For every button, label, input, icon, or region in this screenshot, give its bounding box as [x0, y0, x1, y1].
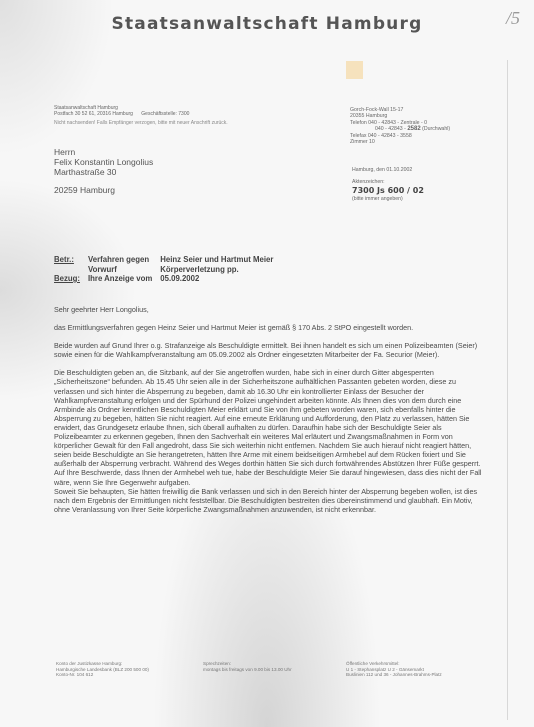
subject-key: Verfahren gegen: [88, 255, 160, 265]
body-paragraph: das Ermittlungsverfahren gegen Heinz Sei…: [54, 323, 486, 332]
phone-direct-ext: 2582: [407, 126, 420, 132]
recipient-salutation: Herrn: [54, 147, 153, 157]
subject-value: Heinz Seier und Hartmut Meier: [160, 255, 281, 265]
greeting: Sehr geehrter Herr Longolius,: [54, 305, 486, 314]
sender-office: Geschäftsstelle: 7300: [141, 111, 189, 117]
subject-key: Vorwurf: [88, 265, 160, 275]
betr-label: Betr.:: [54, 255, 88, 265]
footer-hours: Sprechzeiten: montags bis freitags von 9…: [203, 661, 292, 672]
footer-transport-bus: Buslinien 112 und 36 - Johannes-Brahms-P…: [346, 672, 442, 678]
recipient-city: 20259 Hamburg: [54, 185, 153, 195]
forwarding-note: Nicht nachsenden! Falls Empfänger verzog…: [54, 120, 228, 126]
letter-body: Sehr geehrter Herr Longolius, das Ermitt…: [54, 305, 486, 523]
color-stamp-square: [346, 61, 363, 79]
bezug-key: Ihre Anzeige vom: [88, 274, 160, 284]
letterhead-title: Staatsanwaltschaft Hamburg: [0, 14, 534, 34]
body-paragraph: Soweit Sie behaupten, Sie hätten freiwil…: [54, 487, 486, 514]
reference-row: Bezug: Ihre Anzeige vom 05.09.2002: [54, 274, 281, 284]
recipient-name: Felix Konstantin Longolius: [54, 157, 153, 167]
sender-postbox-row: Postfach 30 52 61, 20316 Hamburg Geschäf…: [54, 111, 228, 117]
subject-value: Körperverletzung pp.: [160, 265, 281, 275]
phone-direct-suffix: (Durchwahl): [422, 126, 450, 132]
footer-bank-account: Konto-Nr. 104 612: [56, 672, 149, 678]
footer-hours-value: montags bis freitags von 9.00 bis 13.00 …: [203, 667, 292, 673]
footer-transport: Öffentliche Verkehrsmittel: U 1 - Stepha…: [346, 661, 442, 678]
reference-number: 7300 Js 600 / 02: [352, 186, 424, 196]
reference-note: (bitte immer angeben): [352, 196, 424, 203]
recipient-address: Herrn Felix Konstantin Longolius Marthas…: [54, 147, 153, 195]
bezug-value: 05.09.2002: [160, 274, 281, 284]
sender-postbox: Postfach 30 52 61, 20316 Hamburg: [54, 111, 133, 117]
room-number: Zimmer 10: [350, 139, 450, 145]
bezug-label: Bezug:: [54, 274, 88, 284]
scanned-letter-page: /5 Staatsanwaltschaft Hamburg Staatsanwa…: [0, 0, 534, 727]
phone-direct-prefix: 040 - 42843 -: [375, 126, 407, 132]
subject-block: Betr.: Verfahren gegen Heinz Seier und H…: [54, 255, 281, 284]
sender-line: Staatsanwaltschaft Hamburg Postfach 30 5…: [54, 105, 228, 126]
date-reference-block: Hamburg, den 01.10.2002 Aktenzeichen: 73…: [352, 167, 424, 203]
reference-label: Aktenzeichen:: [352, 179, 424, 186]
scan-edge-line: [507, 60, 508, 720]
subject-row: Vorwurf Körperverletzung pp.: [54, 265, 281, 275]
recipient-street: Marthastraße 30: [54, 167, 153, 177]
footer-bank: Konto der Justizkasse Hamburg: Hamburgis…: [56, 661, 149, 678]
body-paragraph: Die Beschuldigten geben an, die Sitzbank…: [54, 368, 486, 486]
subject-row: Betr.: Verfahren gegen Heinz Seier und H…: [54, 255, 281, 265]
office-contact-block: Gorch-Fock-Wall 15-17 20355 Hamburg Tele…: [350, 107, 450, 145]
body-paragraph: Beide wurden auf Grund Ihrer o.g. Strafa…: [54, 341, 486, 359]
letter-date: Hamburg, den 01.10.2002: [352, 167, 424, 174]
